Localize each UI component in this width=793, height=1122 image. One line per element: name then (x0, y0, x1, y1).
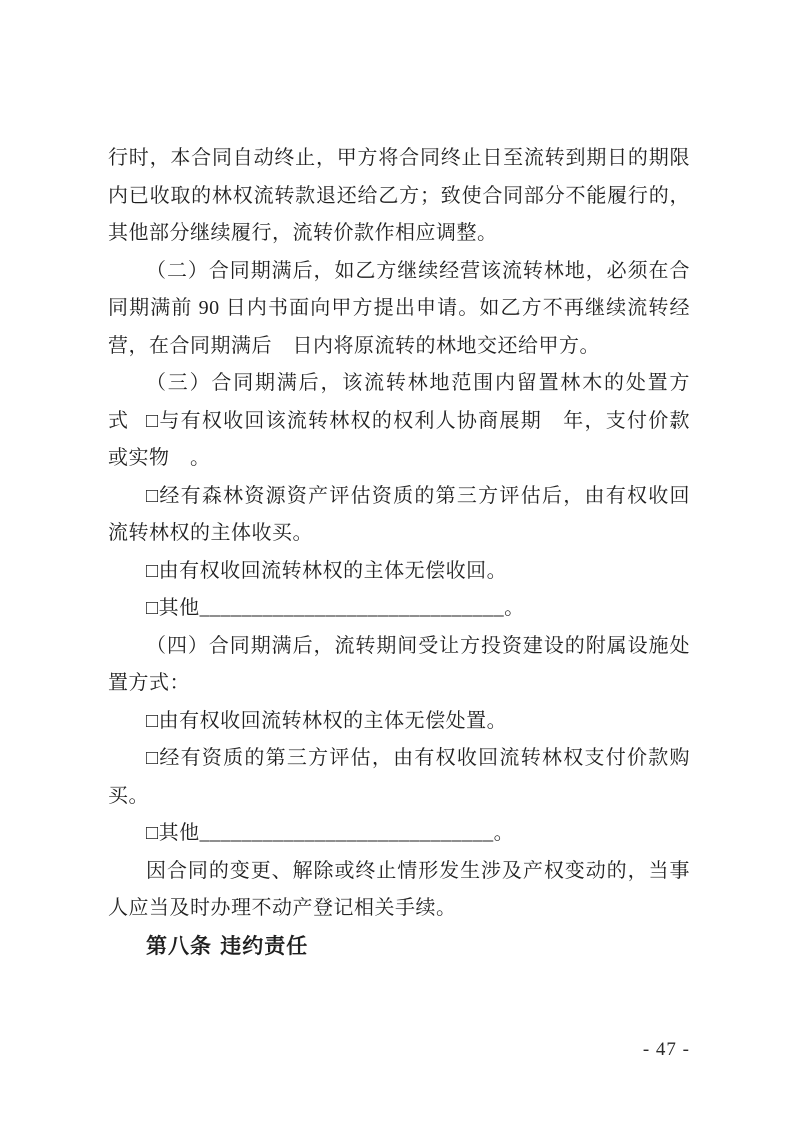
paragraph-line: 或实物 。 (108, 440, 690, 478)
checkbox-option: □与有权收回该流转林权的权利人协商展期 年，支付价款 (108, 403, 690, 441)
checkbox-option: □经有资质的第三方评估，由有权收回流转林权支付价款购 (108, 740, 690, 778)
checkbox-option: □经有森林资源资产评估资质的第三方评估后，由有权收回 (108, 478, 690, 516)
paragraph-line: （三）合同期满后，该流转林地范围内留置林木的处置方式： (108, 365, 690, 403)
checkbox-option: □其他____________________________。 (108, 815, 690, 853)
paragraph-line: （四）合同期满后，流转期间受让方投资建设的附属设施处 (108, 628, 690, 666)
paragraph-line: 行时，本合同自动终止，甲方将合同终止日至流转到期日的期限 (108, 140, 690, 178)
checkbox-option: □由有权收回流转林权的主体无偿收回。 (108, 553, 690, 591)
checkbox-option: □由有权收回流转林权的主体无偿处置。 (108, 703, 690, 741)
paragraph-line: 买。 (108, 778, 690, 816)
paragraph-line: 其他部分继续履行，流转价款作相应调整。 (108, 215, 690, 253)
paragraph-line: 人应当及时办理不动产登记相关手续。 (108, 890, 690, 928)
paragraph-line: 流转林权的主体收买。 (108, 515, 690, 553)
document-page: 行时，本合同自动终止，甲方将合同终止日至流转到期日的期限 内已收取的林权流转款退… (0, 0, 793, 1122)
document-body: 行时，本合同自动终止，甲方将合同终止日至流转到期日的期限 内已收取的林权流转款退… (108, 140, 690, 965)
paragraph-line: 置方式： (108, 665, 690, 703)
paragraph-line: 因合同的变更、解除或终止情形发生涉及产权变动的，当事 (108, 853, 690, 891)
paragraph-line: （二）合同期满后，如乙方继续经营该流转林地，必须在合 (108, 253, 690, 291)
paragraph-line: 内已收取的林权流转款退还给乙方；致使合同部分不能履行的， (108, 178, 690, 216)
section-heading: 第八条 违约责任 (108, 928, 690, 966)
checkbox-option: □其他_____________________________。 (108, 590, 690, 628)
paragraph-line: 营，在合同期满后 日内将原流转的林地交还给甲方。 (108, 328, 690, 366)
page-number: - 47 - (108, 1038, 690, 1062)
paragraph-line: 同期满前 90 日内书面向甲方提出申请。如乙方不再继续流转经 (108, 290, 690, 328)
